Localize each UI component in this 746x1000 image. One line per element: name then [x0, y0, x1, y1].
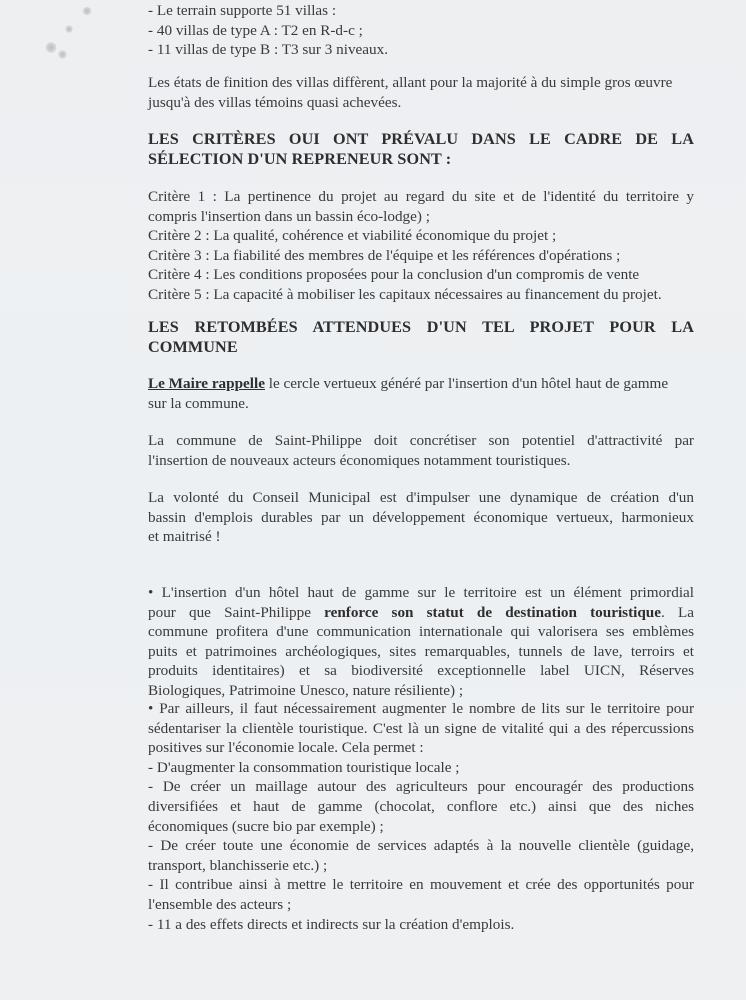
criteria-list: Critère 1 : La pertinence du projet au r… [148, 187, 694, 305]
bold-statut: renforce son statut de destination touri… [324, 604, 661, 621]
criterion-5: Critère 5 : La capacité à mobiliser les … [148, 285, 694, 305]
commune-paragraph: La commune de Saint-Philippe doit concré… [148, 431, 694, 470]
list-item: - 40 villas de type A : T2 en R-d-c ; [148, 21, 694, 41]
criterion-3: Critère 3 : La fiabilité des membres de … [148, 246, 694, 266]
bullet-hotel: • L'insertion d'un hôtel haut de gamme s… [148, 583, 694, 701]
criterion-2: Critère 2 : La qualité, cohérence et via… [148, 226, 694, 246]
criterion-1: Critère 1 : La pertinence du projet au r… [148, 187, 694, 207]
list-item: - Le terrain supporte 51 villas : [148, 1, 694, 21]
villas-list: - Le terrain supporte 51 villas : - 40 v… [148, 1, 694, 60]
bullet-lits: • Par ailleurs, il faut nécessairement a… [148, 699, 694, 934]
list-item: - 11 villas de type B : T3 sur 3 niveaux… [148, 40, 694, 60]
finition-paragraph: Les états de finition des villas diffère… [148, 73, 694, 112]
scan-specks [40, 5, 100, 65]
maire-paragraph: Le Maire rappelle le cercle vertueux gén… [148, 374, 694, 413]
criterion-4: Critère 4 : Les conditions proposées pou… [148, 265, 694, 285]
conseil-paragraph: La volonté du Conseil Municipal est d'im… [148, 488, 694, 547]
maire-lead: Le Maire rappelle [148, 375, 265, 392]
criteria-heading: LES CRITÈRES OUI ONT PRÉVALU DANS LE CAD… [148, 130, 694, 169]
scanned-page: - Le terrain supporte 51 villas : - 40 v… [0, 0, 746, 1000]
retombees-heading: LES RETOMBÉES ATTENDUES D'UN TEL PROJET … [148, 318, 694, 357]
criterion-1-cont: compris l'insertion dans un bassin éco-l… [148, 207, 694, 227]
